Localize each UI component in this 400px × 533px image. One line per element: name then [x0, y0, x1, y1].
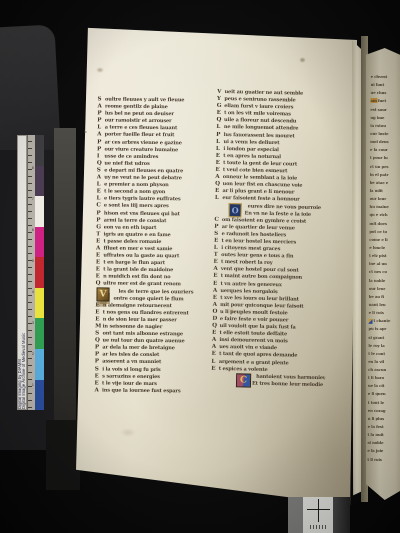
edge-text-fragment: e loncle [369, 245, 398, 253]
line-capital: P [97, 146, 103, 152]
line-text: ins que la iournee fust espars [102, 387, 181, 394]
decorated-initial-blue: O [228, 203, 241, 217]
edge-text-fragment: t le cont [368, 351, 397, 359]
line-capital: L [211, 358, 217, 364]
edge-text-fragment: our leur [369, 286, 398, 294]
line-capital: Q [97, 160, 103, 166]
line-capital: L [97, 125, 103, 131]
registration-dark-card [333, 497, 350, 533]
line-capital: T [214, 252, 220, 258]
line-capital: P [97, 139, 103, 145]
line-text: ui a venu les deliuret [223, 139, 279, 146]
edge-text-fragment: le roy la [368, 343, 397, 351]
line-capital: E [212, 351, 218, 357]
ruler-number: 1 [32, 383, 34, 387]
line-capital: S [214, 231, 220, 237]
line-capital: S [98, 96, 104, 102]
line-text: t le second a nom gyon [104, 189, 165, 196]
edge-text-fragment: our lour [370, 196, 399, 204]
line-capital: L [216, 138, 222, 144]
line-text: e premier a nom physon [104, 182, 169, 189]
edge-text-fragment: t la nuit [368, 432, 397, 440]
line-text: asserent a vn manniet [102, 359, 161, 366]
line-text: ues auoit vin e viande [219, 344, 277, 351]
line-capital: P [214, 224, 220, 230]
edge-text-fragment: ct un pes [370, 163, 399, 171]
edge-text-fragment: ine al un [369, 261, 398, 269]
edge-text-fragment: t tout le [368, 399, 397, 407]
line-capital: P [95, 352, 101, 358]
line-text: t le vije iour de mars [102, 380, 157, 387]
color-patch-dark-gray [35, 135, 44, 166]
line-capital: D [212, 316, 218, 322]
line-text: t la grant isle de maidoine [103, 267, 173, 274]
edge-text-fragment: la udit [370, 188, 399, 196]
line-text: n muidich est fin dont no [103, 274, 170, 281]
cradle-shadow [46, 420, 80, 490]
line-text: e sont les iiij mers apres [104, 203, 169, 210]
edge-text-fragment: est sour [370, 106, 399, 114]
line-capital: E [95, 373, 101, 379]
line-capital: S [97, 167, 103, 173]
line-capital: M [95, 323, 101, 329]
line-text: ar dela la mer de bretaigne [102, 345, 174, 352]
line-text: e depart mi fleuues en quatre [104, 167, 183, 174]
line-capital: C [214, 216, 220, 222]
edge-text-fragment: e chvest [371, 74, 400, 82]
line-capital: Q [212, 323, 218, 329]
line-capital: Q [95, 338, 101, 344]
line-capital: E [213, 295, 219, 301]
line-capital: L [214, 245, 220, 251]
line-capital: S [95, 330, 101, 336]
line-capital: L [215, 195, 221, 201]
line-text: les de terre que les ouuriers [119, 288, 194, 295]
line-capital: E [212, 330, 218, 336]
line-capital: E [96, 252, 102, 258]
manuscript-line: Ains que la iournee fust espars [94, 387, 208, 395]
line-text: En vn ne la feste e la ioie [244, 210, 310, 217]
edge-text-fragment: in el patr [370, 172, 399, 180]
edge-text-fragment: moi deus [370, 139, 399, 147]
line-text: ue nul tour dun quatre auenue [102, 338, 184, 345]
line-capital: E [213, 259, 219, 265]
line-text: t vn autre les genereux [221, 280, 282, 287]
edge-text-fragment: si grant [368, 334, 397, 342]
line-text: n de sion leur la mer passer [103, 316, 177, 323]
line-text: reome gentilz de plaine [105, 104, 168, 111]
edge-text-fragment: ug ime [370, 115, 399, 123]
line-text: usse de ce amindres [104, 153, 158, 160]
line-text: t veul cote bien esmeurt [223, 167, 288, 174]
next-folio-text: e chvestui fontue chusam fuetest sourug … [367, 74, 399, 467]
edge-text-fragment: am fuet [370, 98, 399, 106]
edge-text-fragment: pu is apr [368, 326, 397, 334]
color-patch-magenta [35, 227, 44, 258]
line-capital: E [96, 260, 102, 266]
edge-text-fragment: qu e rich [369, 212, 398, 220]
line-text: e faire feste e voir pouuer [220, 316, 289, 323]
line-capital: L [97, 182, 103, 188]
ruler-number: 5 [32, 259, 34, 263]
registration-gray-card [288, 497, 303, 533]
line-text: ar les isles de conslet [102, 352, 159, 359]
line-capital: P [95, 345, 101, 351]
line-capital: L [216, 124, 222, 130]
line-capital: E [96, 238, 102, 244]
initial-letter: V [99, 289, 106, 299]
line-text: t on les vit mile voiremas [224, 110, 291, 117]
line-capital: E [214, 238, 220, 244]
ruler-number: 2 [32, 352, 34, 356]
line-capital: A [96, 245, 102, 251]
color-patch-blue [35, 380, 44, 411]
edge-text-fragment: be au fi [369, 294, 398, 302]
line-capital: A [213, 266, 219, 272]
line-text: our viure creature humaine [104, 146, 178, 153]
line-capital: E [213, 273, 219, 279]
edge-text-fragment: t chante [369, 318, 398, 326]
edge-text-fragment: la noble [369, 277, 398, 285]
decorated-initial-parti: C [236, 373, 251, 387]
right-column: O C Vueit au guatier ne aut sembleYpeus … [211, 89, 331, 391]
line-text: ultre mer est de grant renom [103, 281, 181, 288]
edge-text-fragment: en la vil [368, 359, 397, 367]
edge-text-fragment: t li rois [367, 456, 396, 464]
calibration-strip: Digital Imaging by DIAMM Digital Image A… [17, 135, 44, 410]
line-text: u li peuples moult festoie [220, 309, 288, 316]
edge-text-fragment: u li plus [368, 416, 397, 424]
initial-letter: O [232, 205, 239, 215]
initial-letter: C [240, 375, 247, 385]
line-capital: S [95, 366, 101, 372]
edge-text-fragment: e li rois [369, 310, 398, 318]
color-patch-green [35, 318, 44, 349]
line-capital: V [217, 89, 223, 95]
line-capital: E [215, 188, 221, 194]
edge-text-fragment: t li baro [368, 375, 397, 383]
line-capital: A [212, 344, 218, 350]
line-capital: P [97, 118, 103, 124]
crosshair-icon [318, 499, 319, 522]
line-capital: Q [96, 281, 102, 287]
edge-text-fragment: our luste [370, 131, 399, 139]
edge-text-fragment: e la fest [368, 424, 397, 432]
edge-text-fragment: ue chus [371, 90, 400, 98]
edge-text-fragment: e la joie [367, 448, 396, 456]
line-capital: E [96, 267, 102, 273]
line-text: ar ces arbres vienne e gazine [105, 139, 182, 146]
line-capital: O [212, 309, 218, 315]
line-capital: E [95, 309, 101, 315]
line-text: armi la terre de conslat [104, 217, 167, 224]
micro-scale-marks [310, 525, 326, 529]
line-capital: C [96, 203, 102, 209]
line-text: oultre fleuues y ault ve fleuue [105, 96, 184, 103]
line-text: s sarrazins e energies [102, 373, 160, 380]
line-text: uerques les norgalois [220, 288, 277, 295]
line-text: lus bel ne peut on deuiser [105, 111, 174, 118]
line-text: t nos gens ou flandres entrerent [103, 309, 189, 316]
line-capital: A [215, 174, 221, 180]
line-capital: P [96, 210, 102, 216]
line-text: ffluet en mer e vest samie [103, 245, 172, 252]
edge-text-fragment: e li quen [368, 391, 397, 399]
line-capital: I [97, 153, 103, 159]
ruler-number: 7 [32, 197, 34, 201]
line-text: a terre e ces fleuues lauant [105, 125, 177, 132]
line-text: igris au quatre e en fame [104, 231, 171, 238]
line-capital: E [217, 110, 223, 116]
line-text: t passe deles romanie [104, 238, 162, 245]
edge-text-fragment: ne la cit [368, 383, 397, 391]
line-text: i london par especial [223, 146, 279, 153]
line-capital: P [96, 217, 102, 223]
line-capital: E [97, 189, 103, 195]
line-capital: E [213, 280, 219, 286]
edge-text-fragment: si noble [367, 440, 396, 448]
line-capital: A [213, 302, 219, 308]
edge-text-fragment: ct nes co [369, 269, 398, 277]
edge-text-fragment: ch ascun [368, 367, 397, 375]
line-capital: E [95, 380, 101, 386]
line-capital: A [97, 132, 103, 138]
line-text: ue nief fist udros [104, 160, 149, 166]
line-text: eur faisoient feste a honnour [222, 195, 299, 203]
color-patch-yellow [35, 288, 44, 319]
left-column: V Soultre fleuues y ault ve fleuueAreome… [94, 96, 211, 397]
edge-text-fragment: en corag [368, 408, 397, 416]
line-text: t mest robert la roy [221, 259, 273, 266]
line-capital: G [96, 224, 102, 230]
ruler-number: 4 [32, 290, 34, 294]
edge-text-fragment: uant leu [369, 302, 398, 310]
line-text: t espices a volente [219, 366, 268, 373]
line-text: in seissonne de nagier [103, 323, 163, 330]
line-text: t elle estoit toute deffaite [219, 330, 287, 337]
line-capital: G [217, 103, 223, 109]
color-patch-purple [35, 166, 44, 197]
edge-text-fragment: mit does [369, 220, 398, 228]
line-capital: A [97, 104, 103, 110]
line-text: ontre conge quiert le flum [113, 295, 183, 302]
color-patch-red [35, 257, 44, 288]
line-text: n alemaigne retournerent [103, 302, 172, 309]
line-capital: A [213, 287, 219, 293]
color-patches [35, 135, 44, 410]
ruler-scale: 12345678 [27, 135, 35, 410]
edge-text-fragment: be atae e [370, 180, 399, 188]
line-capital: E [211, 365, 217, 371]
line-capital: Q [215, 181, 221, 187]
marginal-mark: b [84, 129, 87, 134]
edge-text-fragment: t pour lu [370, 155, 399, 163]
edge-text-fragment: ia rstou [370, 123, 399, 131]
line-capital: P [95, 359, 101, 365]
line-text: uffrates ou la gaste au quart [103, 253, 179, 260]
line-text: porter fueille fleur et fruit [105, 132, 175, 139]
line-text: Et tres bonne leur melodie [252, 380, 323, 387]
line-capital: A [212, 337, 218, 343]
line-text: i la vois si long fu pris [102, 366, 160, 373]
line-capital: A [94, 387, 100, 393]
line-capital: E [95, 302, 101, 308]
line-text: our ramoistir et arrouser [105, 118, 172, 125]
ruler-number: 6 [32, 228, 34, 232]
edge-text-fragment: hu maine [370, 204, 399, 212]
edge-text-fragment: ui font [371, 82, 400, 90]
line-text: e tiers tygris lautre euffrates [104, 196, 181, 203]
line-text: ont tant mis albonne estrange [103, 331, 183, 338]
line-capital: T [96, 231, 102, 237]
decorated-initial-gold: V [96, 287, 109, 301]
edge-mini-initial [369, 319, 373, 324]
line-capital: L [216, 146, 222, 152]
line-text: t en apres la noturnal [223, 153, 281, 160]
cradle-edge [54, 128, 76, 464]
line-text: hison est vns fleuues qui bat [104, 210, 180, 217]
line-capital: P [216, 131, 222, 137]
line-capital: E [96, 274, 102, 280]
ruler-number: 8 [32, 166, 34, 170]
calibration-label: Digital Imaging by DIAMM Digital Image A… [17, 135, 27, 410]
edge-text-fragment: pot ce to [369, 229, 398, 237]
photograph-stage: Digital Imaging by DIAMM Digital Image A… [0, 0, 400, 533]
color-patch-cyan [35, 349, 44, 380]
line-capital: P [97, 111, 103, 117]
color-patch-white [35, 196, 44, 227]
line-capital: E [216, 160, 222, 166]
line-text: uy ne veut ne le peut debatre [104, 175, 182, 182]
line-text: i citoyens mest graces [221, 245, 280, 252]
line-capital: E [95, 316, 101, 322]
line-capital: A [97, 174, 103, 180]
line-text: eon va en eth ispart [104, 224, 157, 231]
manuscript-line: Et tres bonne leur melodie [252, 380, 325, 389]
line-capital: Y [217, 96, 223, 102]
ruler-number: 3 [32, 321, 34, 325]
line-capital: Q [216, 117, 222, 123]
line-capital: L [96, 196, 102, 202]
line-capital: E [216, 153, 222, 159]
edge-text-fragment: come e li [369, 237, 398, 245]
calibration-label-line2: Digital Image Archive of Medieval Music [22, 136, 26, 409]
line-text: t en barge le flun apart [103, 260, 165, 267]
edge-text-fragment: t elz pist [369, 253, 398, 261]
edge-text-fragment: e la cour [370, 147, 399, 155]
line-capital: E [215, 167, 221, 173]
line-text: e radunoit les hosteliers [222, 231, 287, 238]
